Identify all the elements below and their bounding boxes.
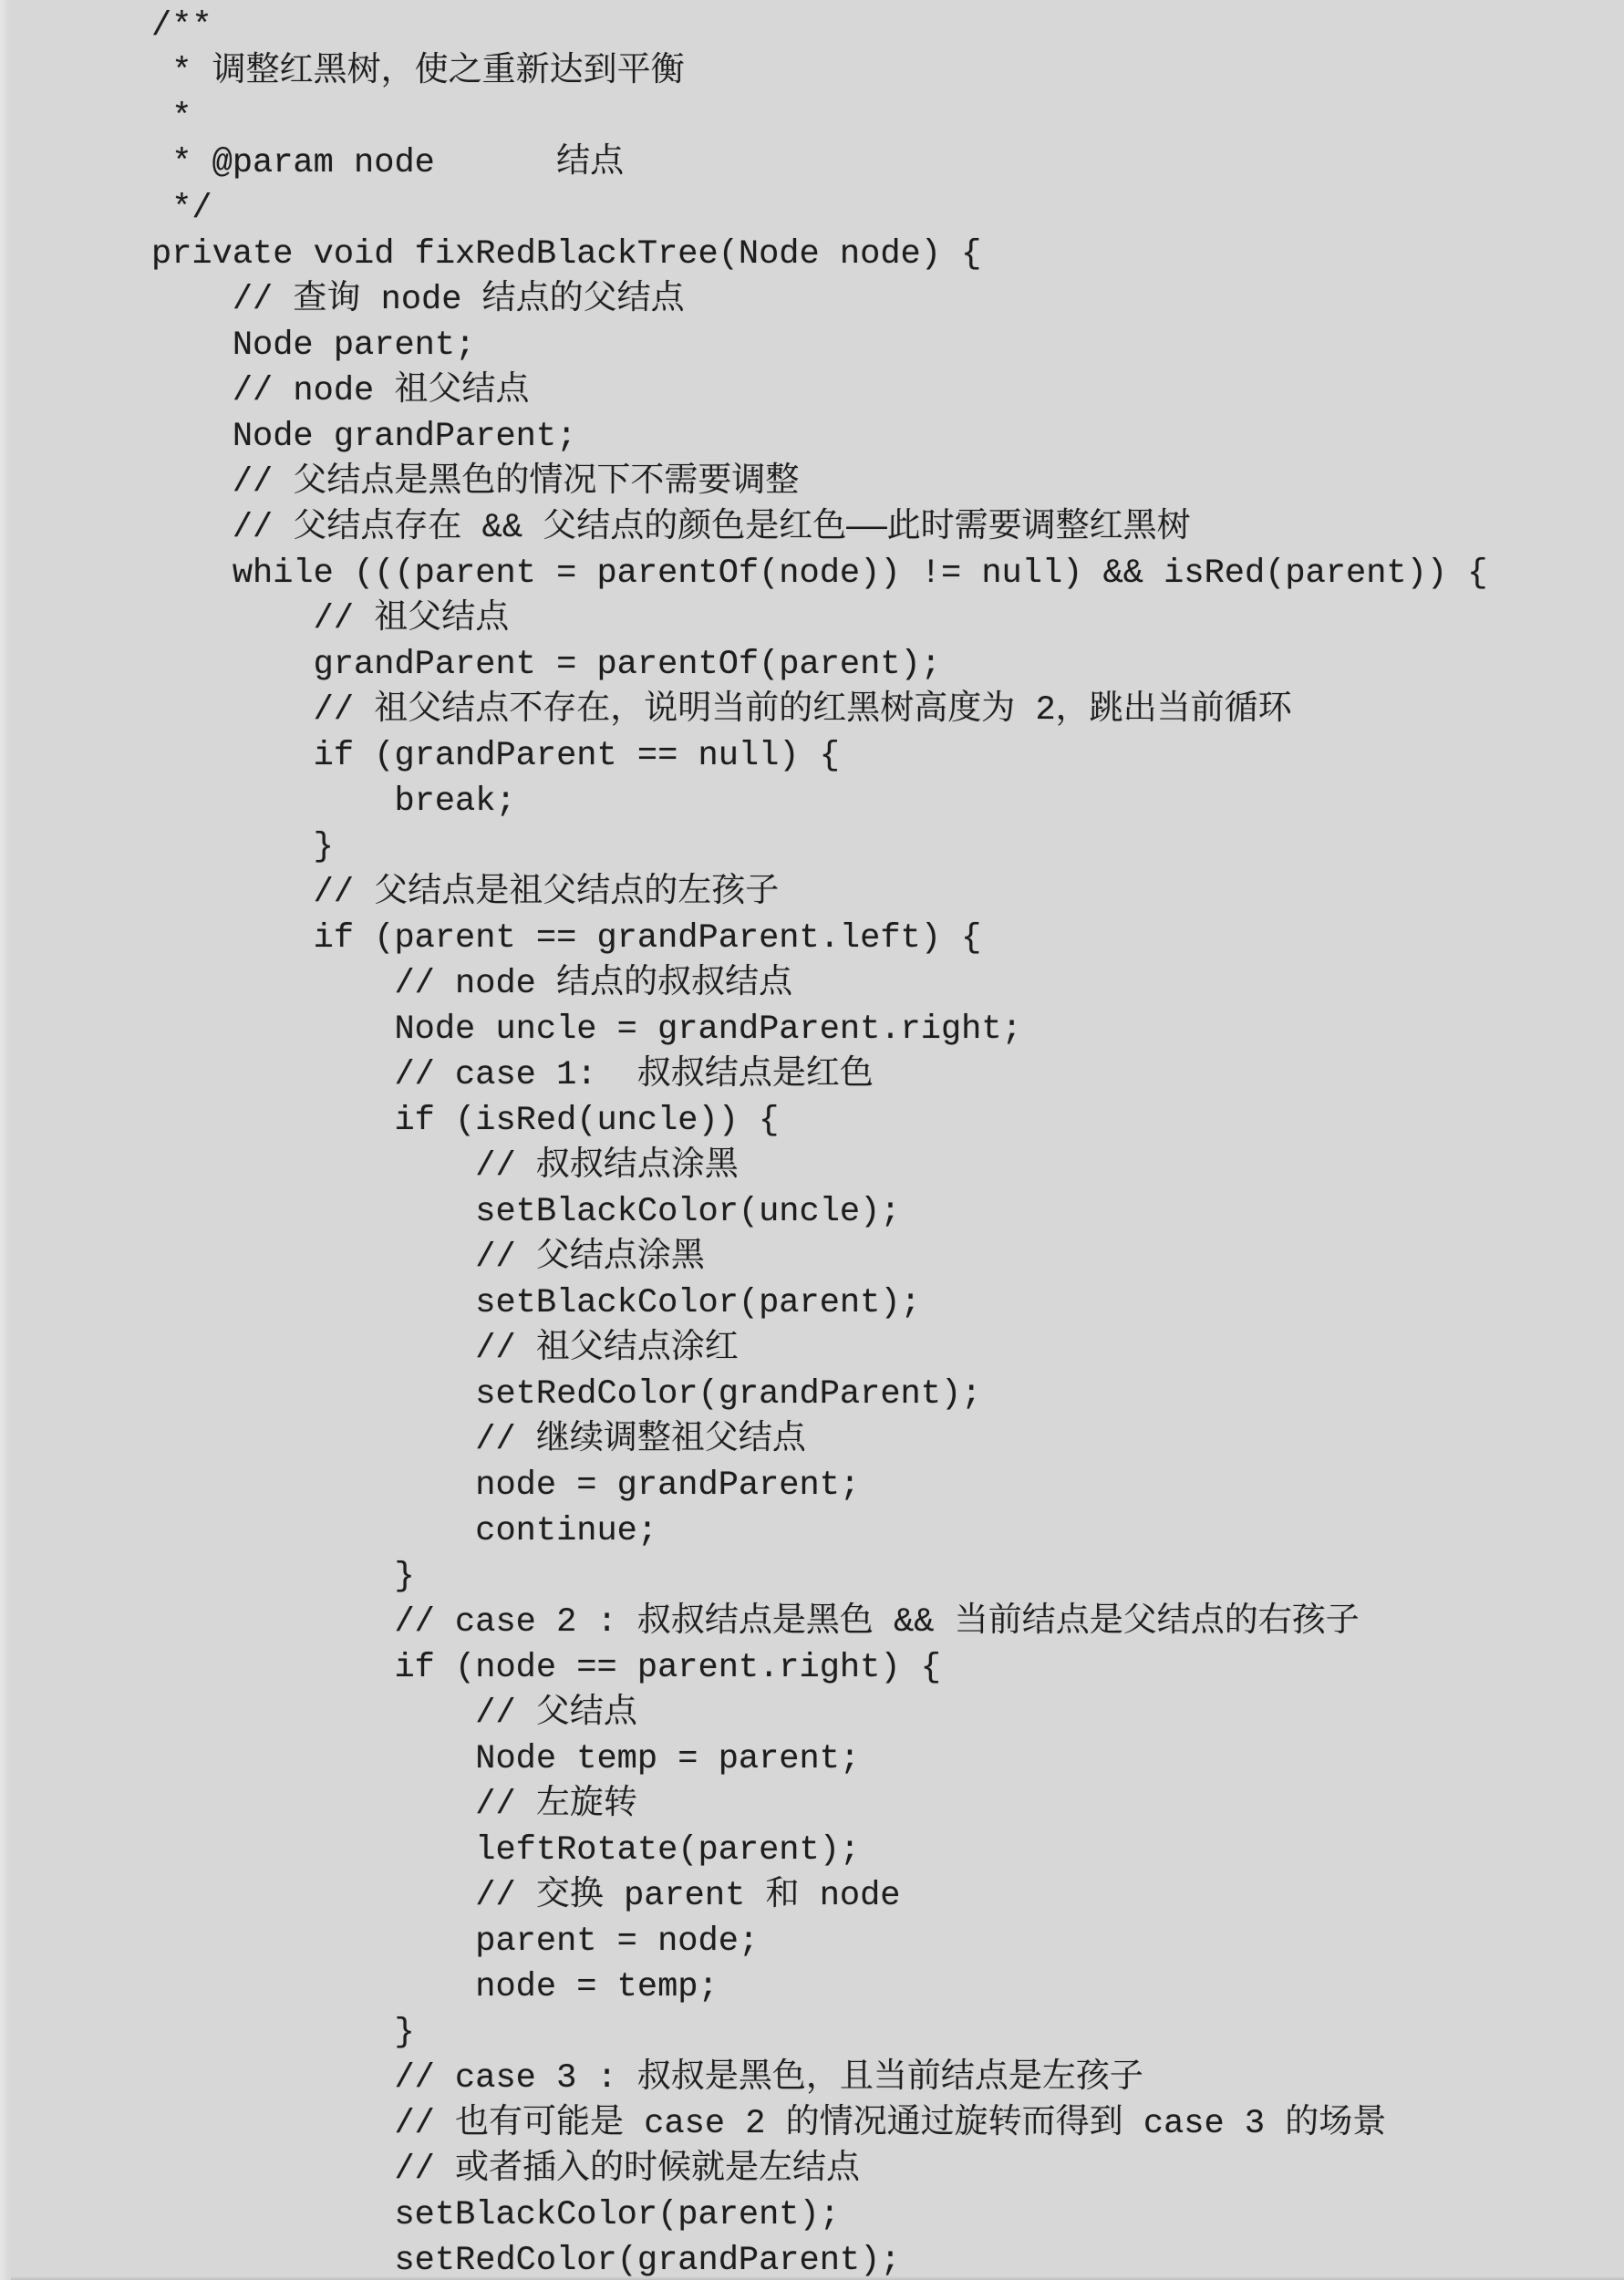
code-line: }: [151, 2010, 1487, 2056]
code-line: // node 结点的叔叔结点: [151, 961, 1487, 1007]
code-line: */: [151, 186, 1487, 232]
code-line: leftRotate(parent);: [151, 1828, 1487, 1873]
code-line: // 祖父结点涂红: [151, 1326, 1487, 1372]
code-line: * 调整红黑树，使之重新达到平衡: [151, 49, 1487, 95]
code-line: if (parent == grandParent.left) {: [151, 916, 1487, 961]
code-line: Node grandParent;: [151, 414, 1487, 460]
code-line: // 继续调整祖父结点: [151, 1417, 1487, 1463]
code-line: continue;: [151, 1508, 1487, 1554]
code-line: setRedColor(grandParent);: [151, 2238, 1487, 2280]
code-line: // 查询 node 结点的父结点: [151, 277, 1487, 323]
code-line: // case 1: 叔叔结点是红色: [151, 1052, 1487, 1098]
code-line: Node uncle = grandParent.right;: [151, 1007, 1487, 1052]
code-line: // case 3 : 叔叔是黑色，且当前结点是左孩子: [151, 2056, 1487, 2101]
code-line: Node temp = parent;: [151, 1736, 1487, 1782]
code-line: setBlackColor(parent);: [151, 2192, 1487, 2238]
code-line: while (((parent = parentOf(node)) != nul…: [151, 551, 1487, 596]
code-line: parent = node;: [151, 1919, 1487, 1964]
code-line: setBlackColor(parent);: [151, 1280, 1487, 1326]
code-line: setRedColor(grandParent);: [151, 1372, 1487, 1417]
code-line: // 叔叔结点涂黑: [151, 1144, 1487, 1189]
code-line: setBlackColor(uncle);: [151, 1189, 1487, 1235]
code-line: break;: [151, 779, 1487, 824]
code-line: * @param node 结点: [151, 140, 1487, 186]
code-line: // 父结点是祖父结点的左孩子: [151, 870, 1487, 916]
code-line: // 父结点是黑色的情况下不需要调整: [151, 460, 1487, 505]
java-code-block: /** * 调整红黑树，使之重新达到平衡 * * @param node 结点 …: [0, 0, 1496, 2280]
code-line: private void fixRedBlackTree(Node node) …: [151, 232, 1487, 277]
code-line: if (isRed(uncle)) {: [151, 1098, 1487, 1144]
code-line: Node parent;: [151, 323, 1487, 368]
code-line: }: [151, 824, 1487, 870]
code-line: // 父结点: [151, 1691, 1487, 1736]
code-line: /**: [151, 4, 1487, 49]
code-line: *: [151, 95, 1487, 140]
code-line: node = grandParent;: [151, 1463, 1487, 1508]
code-line: // 祖父结点不存在，说明当前的红黑树高度为 2，跳出当前循环: [151, 688, 1487, 733]
code-line: node = temp;: [151, 1964, 1487, 2010]
code-line: // 或者插入的时候就是左结点: [151, 2147, 1487, 2192]
code-line: // 父结点涂黑: [151, 1235, 1487, 1280]
code-line: // case 2 : 叔叔结点是黑色 && 当前结点是父结点的右孩子: [151, 1600, 1487, 1645]
scanned-code-page: /** * 调整红黑树，使之重新达到平衡 * * @param node 结点 …: [0, 0, 1624, 2280]
code-line: // 左旋转: [151, 1782, 1487, 1828]
code-line: if (node == parent.right) {: [151, 1645, 1487, 1691]
code-line: // 也有可能是 case 2 的情况通过旋转而得到 case 3 的场景: [151, 2101, 1487, 2147]
code-line: }: [151, 1554, 1487, 1600]
code-line: // 交换 parent 和 node: [151, 1873, 1487, 1919]
code-line: // node 祖父结点: [151, 368, 1487, 414]
code-line: // 祖父结点: [151, 596, 1487, 642]
code-line: if (grandParent == null) {: [151, 733, 1487, 779]
code-line: // 父结点存在 && 父结点的颜色是红色——此时需要调整红黑树: [151, 505, 1487, 551]
code-line: grandParent = parentOf(parent);: [151, 642, 1487, 688]
